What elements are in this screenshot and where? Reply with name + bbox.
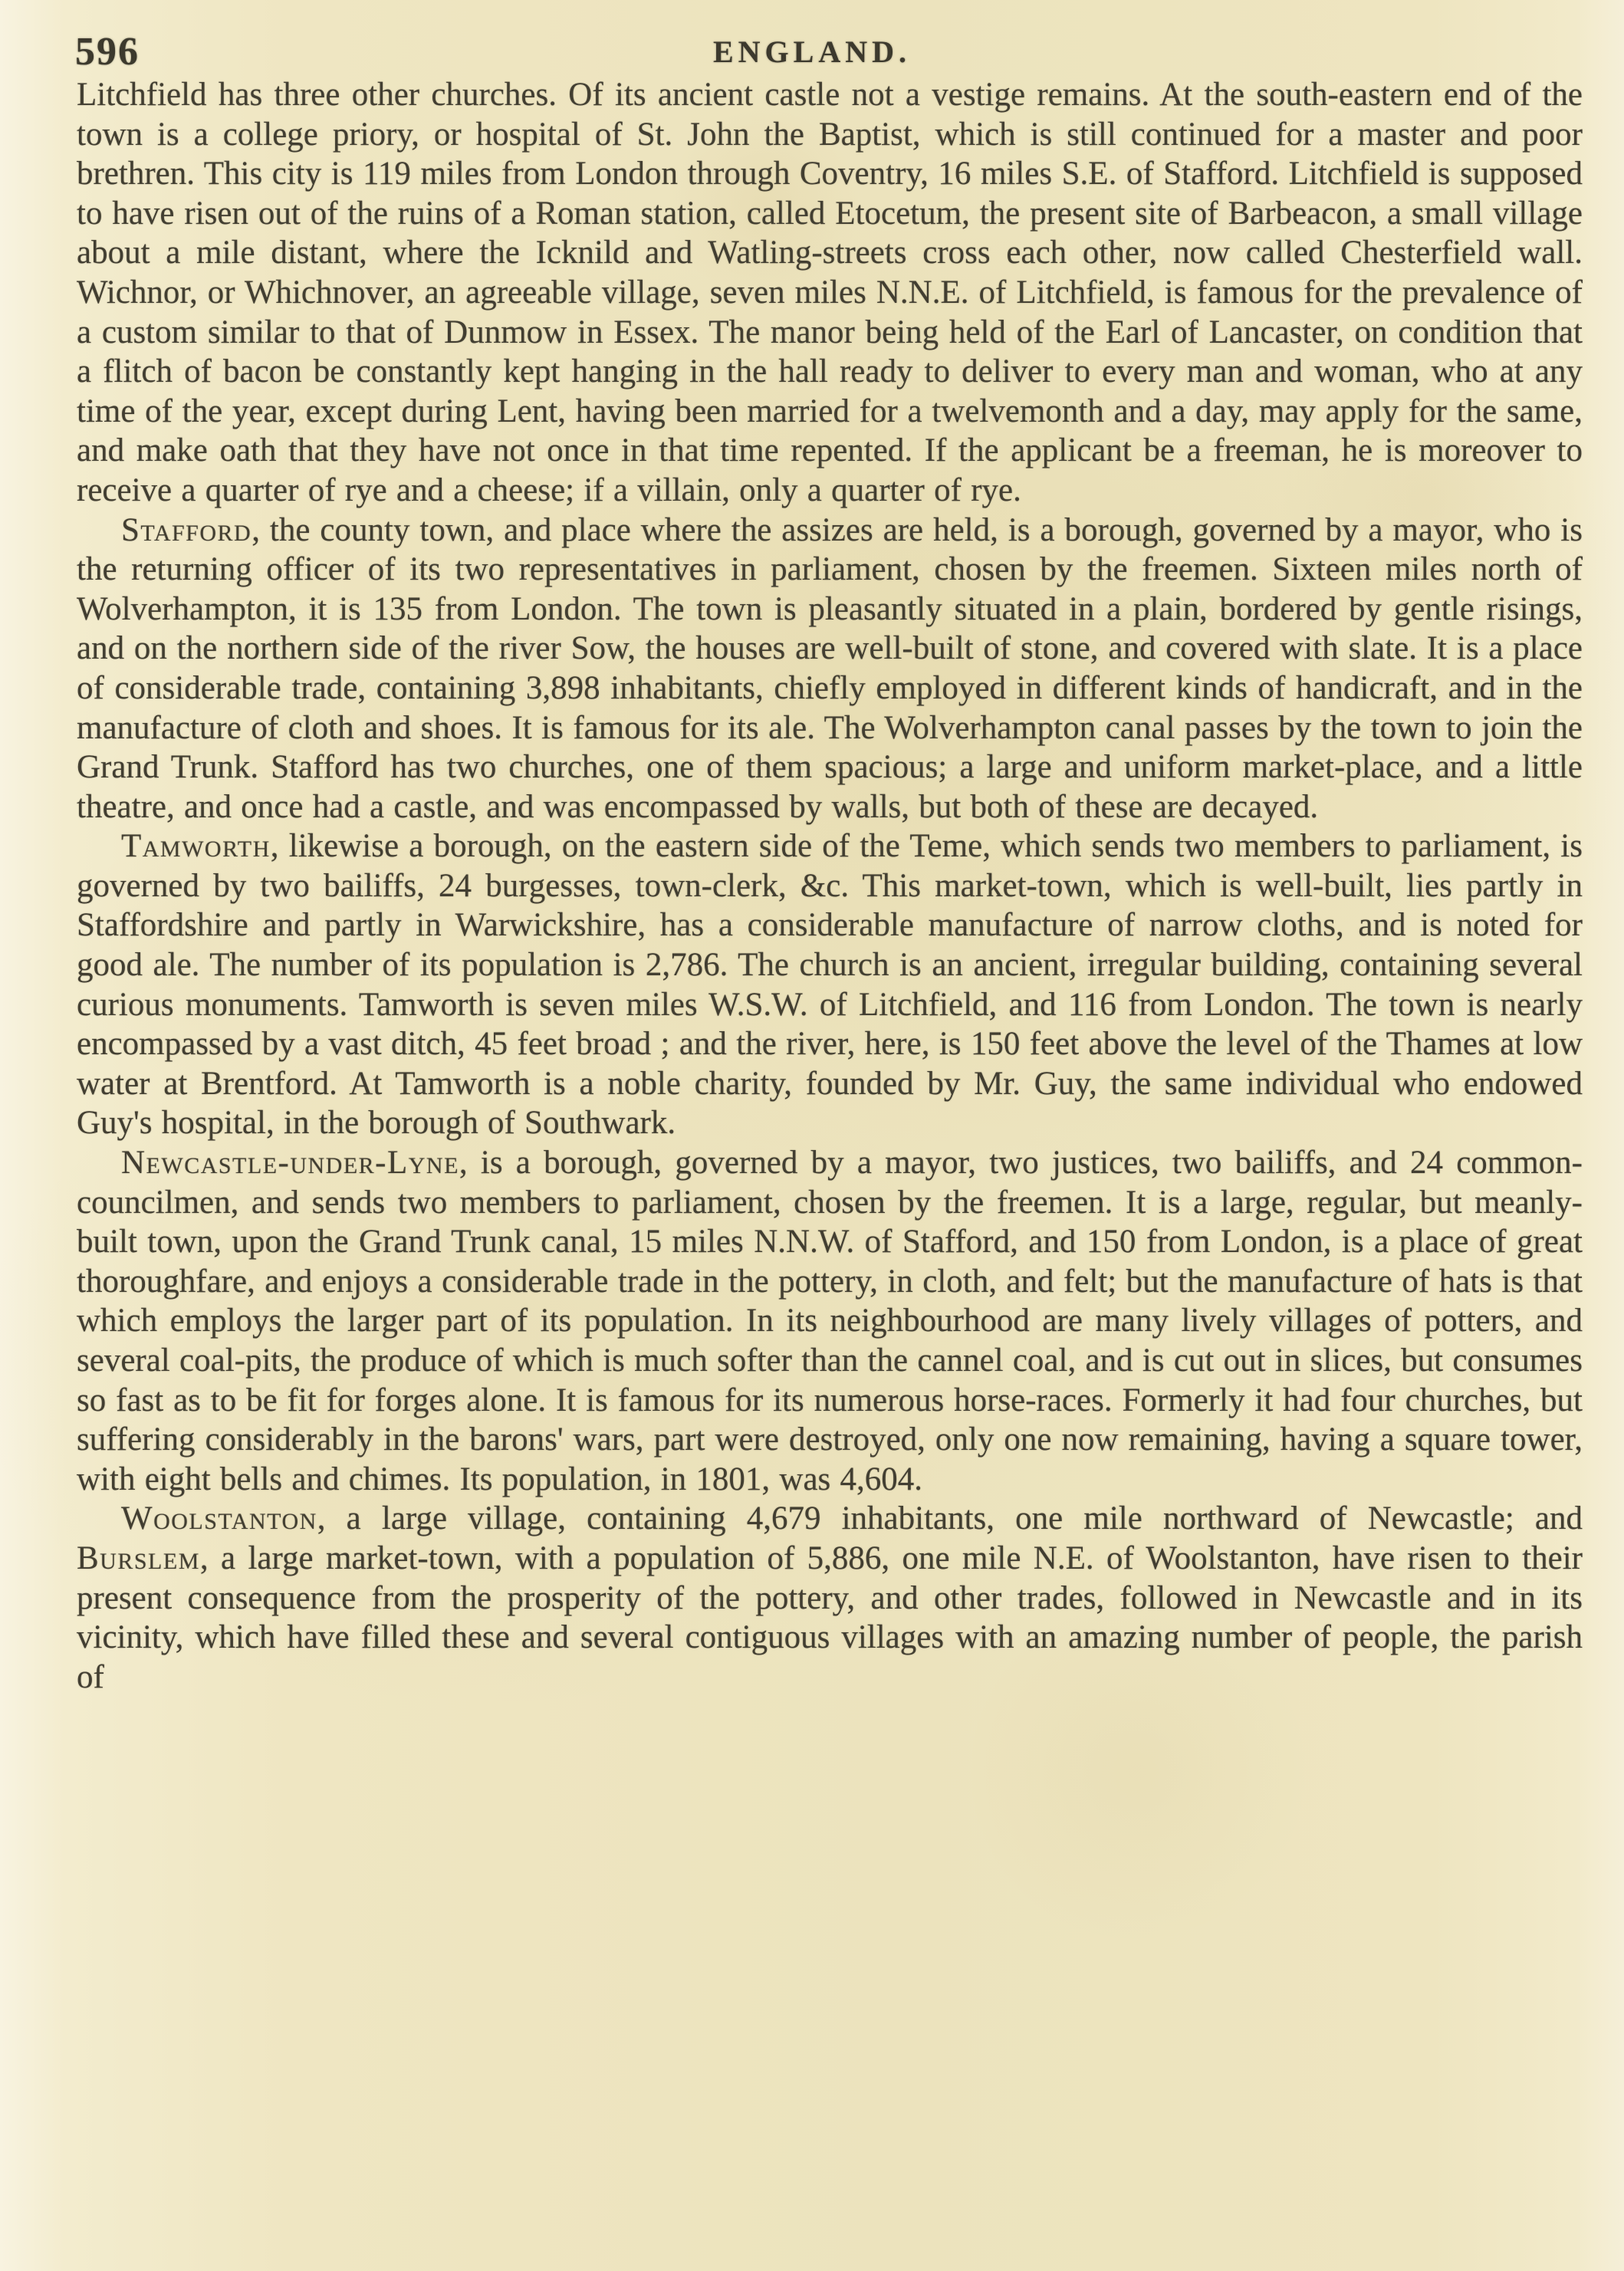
paragraph: Stafford, the county town, and place whe…	[77, 511, 1583, 827]
paragraph-text: , a large village, containing 4,679 inha…	[317, 1500, 1583, 1536]
paragraph: Woolstanton, a large village, containing…	[77, 1499, 1583, 1697]
running-header: ENGLAND.	[0, 34, 1624, 70]
place-name-smallcaps: Newcastle-under-Lyne	[121, 1145, 459, 1181]
paragraph-text: , a large market-town, with a population…	[77, 1540, 1583, 1695]
paragraph-text: , is a borough, governed by a mayor, two…	[77, 1145, 1583, 1497]
paragraph-text: , likewise a borough, on the eastern sid…	[77, 828, 1583, 1141]
place-name-smallcaps: Stafford	[121, 512, 251, 548]
place-name-smallcaps: Tamworth	[121, 828, 271, 864]
place-name-smallcaps: Woolstanton	[121, 1500, 317, 1536]
text-body: Litchfield has three other churches. Of …	[77, 75, 1583, 1697]
book-page: 596 ENGLAND. Litchfield has three other …	[0, 0, 1624, 2271]
paragraph: Tamworth, likewise a borough, on the eas…	[77, 827, 1583, 1143]
paragraph-text: Litchfield has three other churches. Of …	[77, 77, 1583, 508]
paragraph: Litchfield has three other churches. Of …	[77, 75, 1583, 511]
paragraph: Newcastle-under-Lyne, is a borough, gove…	[77, 1143, 1583, 1499]
place-name-smallcaps: Burslem	[77, 1540, 200, 1576]
paragraph-text: , the county town, and place where the a…	[77, 512, 1583, 825]
